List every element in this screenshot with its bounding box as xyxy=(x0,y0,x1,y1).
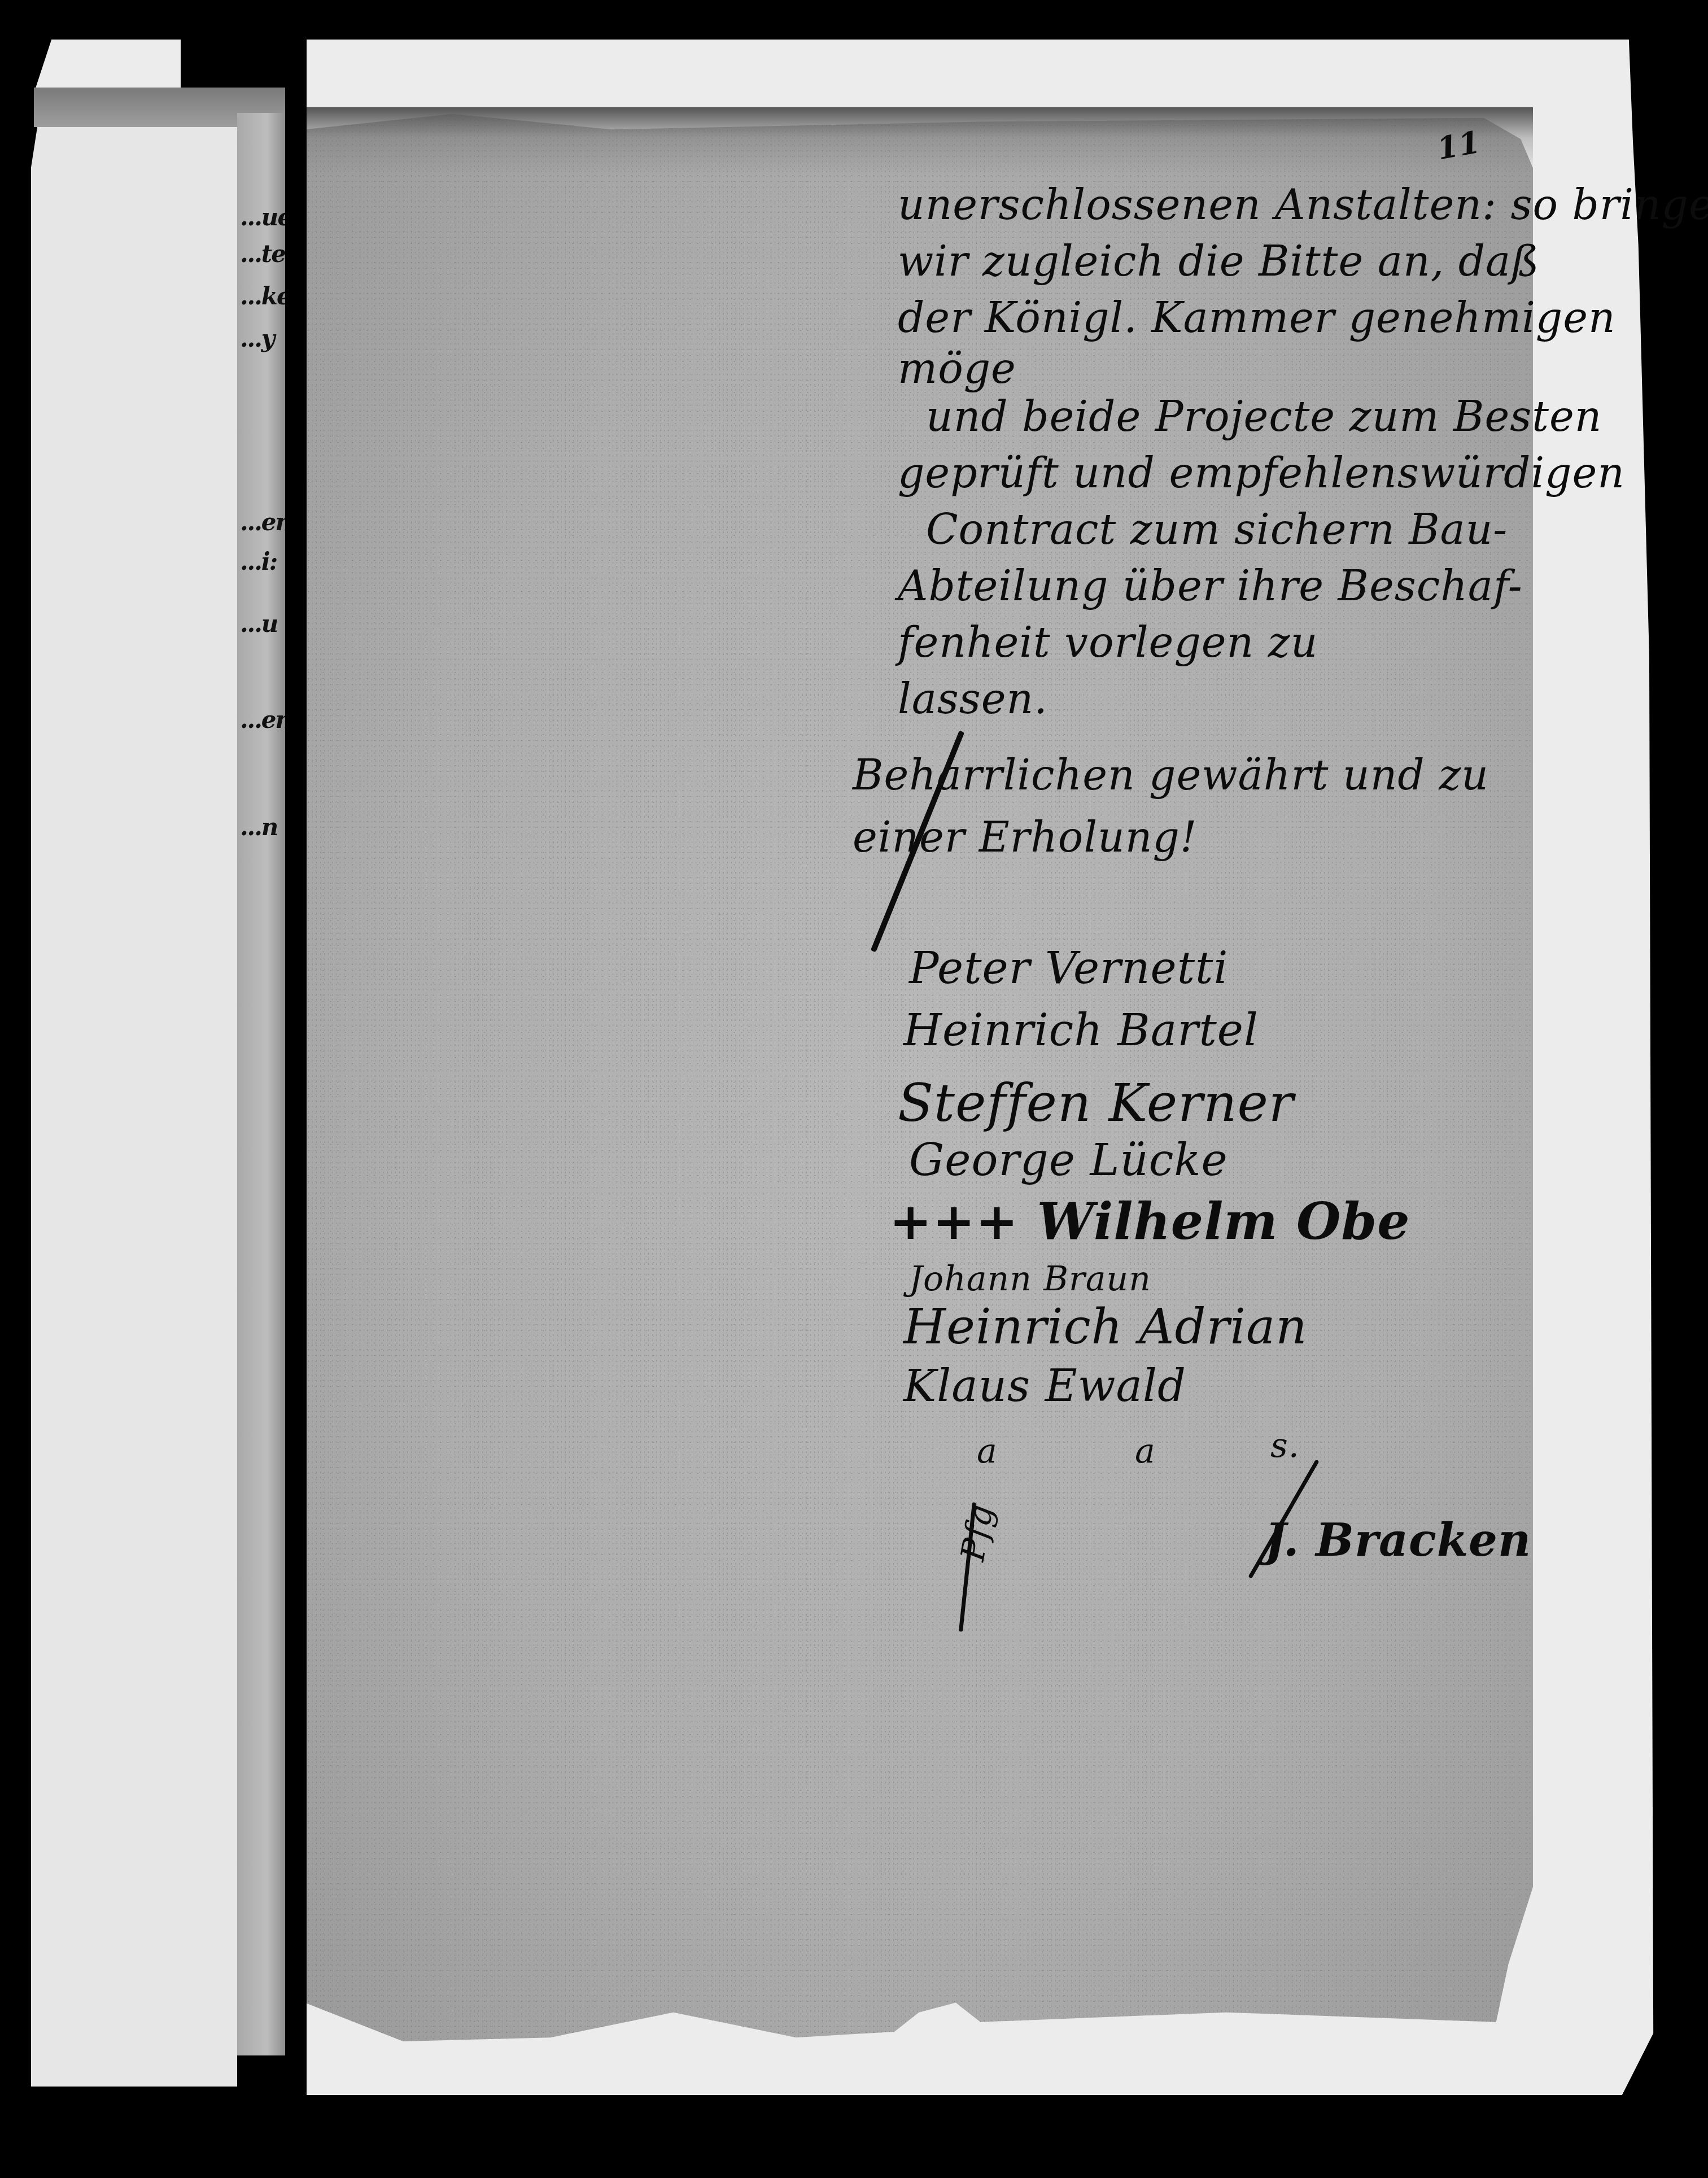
left-backing-sheet-top xyxy=(34,40,181,93)
page-number: 11 xyxy=(1434,124,1483,167)
binding-gutter xyxy=(285,34,307,2178)
margin-fragment: ...en xyxy=(240,706,291,734)
signature: George Lücke xyxy=(909,1135,1228,1186)
signature: Peter Vernetti xyxy=(909,943,1228,994)
body-line: lassen. xyxy=(898,675,1048,723)
signature: Heinrich Bartel xyxy=(903,1005,1259,1056)
body-line: und beide Projecte zum Besten xyxy=(926,392,1602,441)
margin-fragment: ...y xyxy=(240,325,274,352)
body-line: unerschlossenen Anstalten: so bringen xyxy=(898,181,1708,229)
margin-fragment: ...u xyxy=(240,610,277,638)
signature: Steffen Kerner xyxy=(898,1073,1294,1133)
signature: Heinrich Adrian xyxy=(903,1299,1308,1355)
body-line: Abteilung über ihre Beschaf- xyxy=(898,562,1523,610)
final-signature: J. Bracken xyxy=(1265,1513,1531,1566)
body-line: wir zugleich die Bitte an, daß xyxy=(898,237,1540,286)
body-line: fenheit vorlegen zu xyxy=(898,618,1318,667)
margin-fragment: ...n xyxy=(240,813,277,841)
page-top-stain xyxy=(305,107,1533,175)
margin-fragment: ...en xyxy=(240,508,291,536)
previous-page-edge-strip: ...ues ...te: ...ke ...y ...en ...i: ...… xyxy=(237,113,287,2055)
signature: Johann Braun xyxy=(909,1259,1151,1299)
closing-mark: a xyxy=(1135,1431,1156,1471)
signature-with-crosses: +++ Wilhelm Obe xyxy=(889,1191,1410,1251)
margin-fragment: ...ke xyxy=(240,282,291,310)
body-line: möge xyxy=(898,344,1016,393)
body-line: einer Erholung! xyxy=(853,813,1198,862)
signature: Klaus Ewald xyxy=(903,1361,1186,1412)
left-backing-sheet xyxy=(31,88,237,2087)
body-line: geprüft und empfehlenswürdigen xyxy=(898,449,1625,497)
body-line: der Königl. Kammer genehmigen xyxy=(898,294,1616,342)
closing-mark: a xyxy=(977,1431,998,1471)
closing-mark: s. xyxy=(1270,1426,1300,1465)
body-line: Contract zum sichern Bau- xyxy=(926,505,1508,554)
margin-fragment: ...i: xyxy=(240,548,277,575)
